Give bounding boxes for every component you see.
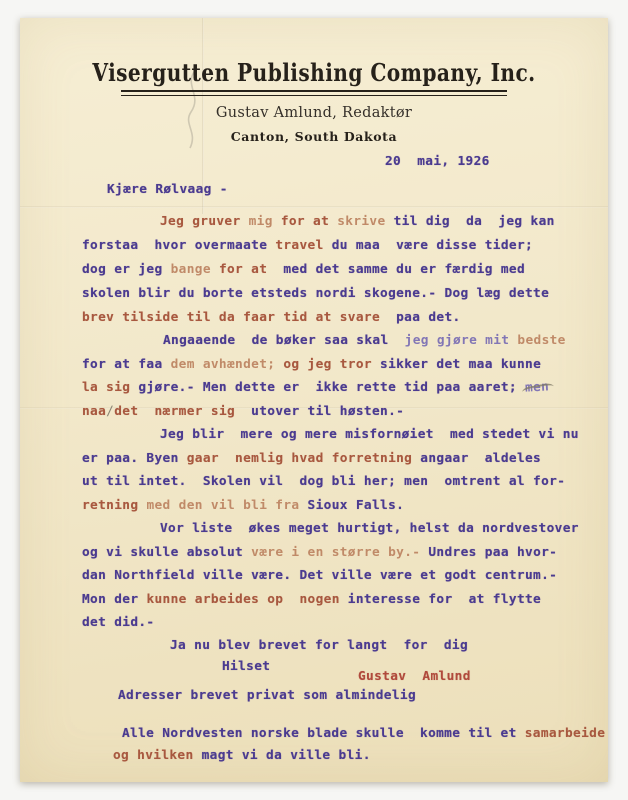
text-segment: det did.- — [82, 615, 155, 630]
closing-salute: Hilset — [222, 658, 270, 675]
body-line: dog er jeg bange for at med det samme du… — [82, 261, 525, 278]
salutation-line: Kjære Rølvaag - — [107, 181, 228, 198]
postscript-line: Alle Nordvesten norske blade skulle komm… — [122, 725, 605, 742]
text-segment: og vi skulle absolut — [82, 545, 251, 560]
body-line: er paa. Byen gaar nemlig hvad forretning… — [82, 450, 541, 467]
location-line: Canton, South Dakota — [20, 129, 608, 144]
body-line: naa∕det nærmer sig utover til høsten.- — [82, 403, 404, 420]
postscript-line: og hvilken magt vi da ville bli. — [113, 747, 371, 764]
text-segment: Mon der — [82, 592, 146, 607]
body-line: ut til intet. Skolen vil dog bli her; me… — [82, 473, 565, 490]
text-segment: Undres paa hvor- — [428, 545, 557, 560]
text-segment: Ja nu blev brevet for langt for dig — [170, 638, 468, 653]
text-segment: utover til høsten.- — [251, 404, 404, 419]
date-line: 20 mai, 1926 — [385, 153, 490, 170]
text-segment: la sig — [82, 380, 138, 395]
text-segment: travel — [275, 238, 331, 253]
body-line: Jeg blir mere og mere misfornøiet med st… — [160, 426, 579, 443]
text-segment: for at — [281, 214, 337, 229]
text-segment: retning — [82, 498, 146, 513]
text-segment: for at faa — [82, 357, 171, 372]
text-segment: med den vil bli fra — [146, 498, 307, 513]
text-segment: skrive — [337, 214, 393, 229]
body-line: det did.- — [82, 614, 155, 631]
letterhead-rule — [121, 90, 507, 96]
signature-line: Gustav Amlund — [358, 668, 471, 685]
text-segment: angaar aldeles — [420, 451, 541, 466]
editor-line: Gustav Amlund, Redaktør — [20, 105, 608, 121]
text-segment: dan Northfield ville være. Det ville vær… — [82, 568, 557, 583]
text-segment: Jeg gruver — [160, 214, 249, 229]
text-segment: interesse for at flytte — [348, 592, 541, 607]
text-segment: brev tilside til da faar tid at svare — [82, 310, 396, 325]
body-line: og vi skulle absolut være i en større by… — [82, 544, 557, 561]
text-segment: bange — [171, 262, 219, 277]
text-segment: være i en større by.- — [251, 545, 428, 560]
scanned-letter: Visergutten Publishing Company, Inc. Gus… — [0, 0, 628, 800]
text-segment: gjøre.- Men dette er ikke rette tid paa … — [138, 380, 525, 395]
body-line: Angaaende de bøker saa skal jeg gjøre mi… — [163, 332, 566, 349]
body-line: retning med den vil bli fra Sioux Falls. — [82, 497, 404, 514]
text-segment: 20 mai, 1926 — [385, 154, 490, 169]
text-segment: Adresser brevet privat som almindelig — [118, 688, 416, 703]
text-segment: og jeg tror — [283, 357, 380, 372]
text-segment: mig — [249, 214, 281, 229]
text-segment: er paa. Byen — [82, 451, 187, 466]
body-line: la sig gjøre.- Men dette er ikke rette t… — [82, 379, 549, 396]
text-segment: paa det. — [396, 310, 460, 325]
text-segment: samarbeide — [525, 726, 606, 741]
body-line: for at faa dem avhændet; og jeg tror sik… — [82, 356, 541, 373]
text-segment: Hilset — [222, 659, 270, 674]
text-segment: og hvilken — [113, 748, 202, 763]
body-line: dan Northfield ville være. Det ville vær… — [82, 567, 557, 584]
body-line: brev tilside til da faar tid at svare pa… — [82, 309, 461, 326]
text-segment: jeg gjøre mit — [405, 333, 518, 348]
text-segment: til dig da jeg kan — [394, 214, 555, 229]
body-line: forstaa hvor overmaate travel du maa vær… — [82, 237, 533, 254]
text-segment: forstaa hvor overmaate — [82, 238, 275, 253]
body-line: skolen blir du borte etsteds nordi skoge… — [82, 285, 549, 302]
text-segment: Sioux Falls. — [308, 498, 405, 513]
text-segment: Angaaende de bøker saa skal — [163, 333, 405, 348]
text-segment: gaar nemlig hvad forretning — [187, 451, 421, 466]
text-segment: men — [525, 378, 550, 396]
text-segment: du maa være disse tider; — [332, 238, 533, 253]
letterhead: Visergutten Publishing Company, Inc. Gus… — [20, 18, 608, 144]
text-segment: Gustav Amlund — [358, 669, 471, 684]
text-segment: ut til intet. Skolen vil dog bli her; me… — [82, 474, 565, 489]
note-line: Adresser brevet privat som almindelig — [118, 687, 416, 704]
text-segment: Kjære Rølvaag - — [107, 182, 228, 197]
text-segment: dog er jeg — [82, 262, 171, 277]
closing-line: Ja nu blev brevet for langt for dig — [170, 637, 468, 654]
text-segment: kunne arbeides op nogen — [146, 592, 347, 607]
text-segment: Jeg blir mere og mere misfornøiet med st… — [160, 427, 579, 442]
text-segment: dem avhændet; — [171, 357, 284, 372]
company-name: Visergutten Publishing Company, Inc. — [67, 58, 561, 87]
text-segment: skolen blir du borte etsteds nordi skoge… — [82, 286, 549, 301]
text-segment: Vor liste økes meget hurtigt, helst da n… — [160, 521, 579, 536]
text-segment: sikker det maa kunne — [380, 357, 541, 372]
text-segment: bedste — [517, 333, 565, 348]
text-segment: naa — [82, 404, 106, 419]
text-segment: Alle Nordvesten norske blade skulle komm… — [122, 726, 525, 741]
body-line: Vor liste økes meget hurtigt, helst da n… — [160, 520, 579, 537]
body-line: Mon der kunne arbeides op nogen interess… — [82, 591, 541, 608]
text-segment: magt vi da ville bli. — [202, 748, 371, 763]
text-segment: det nærmer sig — [114, 404, 251, 419]
text-segment: for at — [219, 262, 283, 277]
text-segment: med det samme du er færdig med — [283, 262, 525, 277]
body-line: Jeg gruver mig for at skrive til dig da … — [160, 213, 555, 230]
